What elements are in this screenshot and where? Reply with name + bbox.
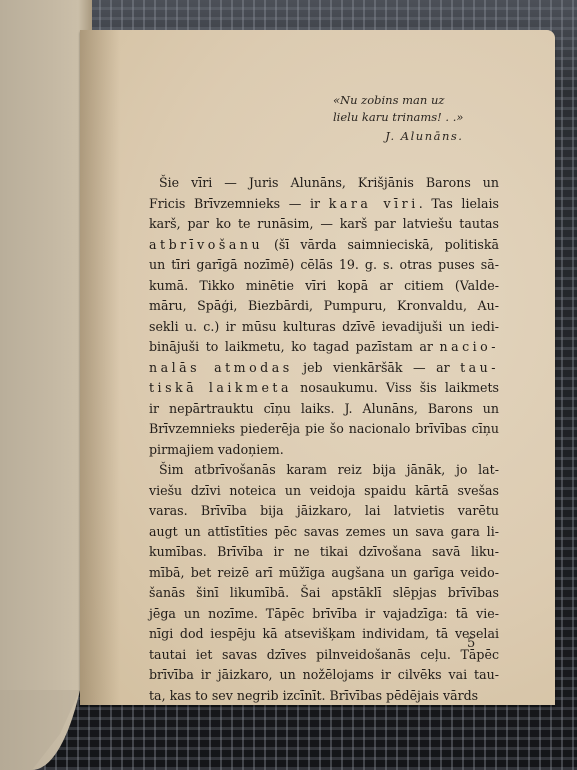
- text-line: atbrīvošanu (šī vārda saimnieciskā, poli…: [149, 235, 499, 256]
- epigraph-line-1: «Nu zobins man uz: [333, 92, 463, 109]
- text-segment: un tīri garīgā nozīmē) cēlās 19. g. s. o…: [149, 257, 499, 272]
- emphasized-text: kara vīri: [329, 196, 419, 211]
- text-line: Fricis Brīvzemnieks — ir kara vīri. Tas …: [149, 194, 499, 215]
- text-segment: nīgi dod iespēju kā atsevišķam individam…: [149, 626, 499, 641]
- text-segment: nosaukumu. Viss šis laikmets: [292, 380, 499, 395]
- text-segment: pirmajiem vadoņiem.: [149, 442, 284, 457]
- text-line: tautai iet savas dzīves pilnveidošanās c…: [149, 645, 499, 666]
- text-segment: Šim atbrīvošanās karam reiz bija jānāk, …: [159, 462, 499, 477]
- paragraph-2: Šim atbrīvošanās karam reiz bija jānāk, …: [149, 460, 499, 706]
- text-segment: ta, kas to sev negrib izcīnīt. Brīvības …: [149, 688, 478, 703]
- text-segment: viešu dzīvi noteica un veidoja spaidu kā…: [149, 483, 499, 498]
- text-line: šanās šinī likumībā. Šai apstāklī slēpja…: [149, 583, 499, 604]
- emphasized-text: nacio-: [439, 339, 499, 354]
- text-segment: karš, par ko te runāsim, — karš par latv…: [149, 216, 499, 231]
- text-segment: Šie vīri — Juris Alunāns, Krišjānis Baro…: [159, 175, 499, 190]
- text-segment: māru, Spāģi, Biezbārdi, Pumpuru, Kronval…: [149, 298, 499, 313]
- text-segment: Fricis Brīvzemnieks — ir: [149, 196, 329, 211]
- text-line: jēga un nozīme. Tāpēc brīvība ir vajadzī…: [149, 604, 499, 625]
- emphasized-text: atbrīvošanu: [149, 237, 263, 252]
- emphasized-text: tiskā laikmeta: [149, 380, 292, 395]
- text-segment: jēga un nozīme. Tāpēc brīvība ir vajadzī…: [149, 606, 499, 621]
- text-line: augt un attīstīties pēc savas zemes un s…: [149, 522, 499, 543]
- epigraph-author: J. Alunāns.: [333, 128, 463, 145]
- text-segment: augt un attīstīties pēc savas zemes un s…: [149, 524, 499, 539]
- text-line: ta, kas to sev negrib izcīnīt. Brīvības …: [149, 686, 499, 707]
- text-line: binājuši to laikmetu, ko tagad pazīstam …: [149, 337, 499, 358]
- left-page-verso: [0, 0, 92, 770]
- text-segment: varas. Brīvība bija jāizkaro, lai latvie…: [149, 503, 499, 518]
- emphasized-text: tau-: [460, 360, 499, 375]
- page-number: 5: [467, 636, 475, 651]
- text-line: tiskā laikmeta nosaukumu. Viss šis laikm…: [149, 378, 499, 399]
- text-line: kumības. Brīvība ir ne tikai dzīvošana s…: [149, 542, 499, 563]
- text-line: sekli u. c.) ir mūsu kulturas dzīvē ieva…: [149, 317, 499, 338]
- text-line: māru, Spāģi, Biezbārdi, Pumpuru, Kronval…: [149, 296, 499, 317]
- gutter-shadow: [80, 30, 120, 705]
- text-line: kumā. Tikko minētie vīri kopā ar citiem …: [149, 276, 499, 297]
- text-line: Šie vīri — Juris Alunāns, Krišjānis Baro…: [149, 173, 499, 194]
- text-segment: ir nepārtrauktu cīņu laiks. J. Alunāns, …: [149, 401, 499, 416]
- text-segment: Brīvzemnieks piederēja pie šo nacionalo …: [149, 421, 499, 436]
- epigraph: «Nu zobins man uz lielu karu trinams! . …: [333, 92, 463, 145]
- text-line: karš, par ko te runāsim, — karš par latv…: [149, 214, 499, 235]
- text-line: varas. Brīvība bija jāizkaro, lai latvie…: [149, 501, 499, 522]
- text-line: ir nepārtrauktu cīņu laiks. J. Alunāns, …: [149, 399, 499, 420]
- text-line: un tīri garīgā nozīmē) cēlās 19. g. s. o…: [149, 255, 499, 276]
- text-line: viešu dzīvi noteica un veidoja spaidu kā…: [149, 481, 499, 502]
- text-segment: sekli u. c.) ir mūsu kulturas dzīvē ieva…: [149, 319, 499, 334]
- text-line: pirmajiem vadoņiem.: [149, 440, 499, 461]
- text-segment: binājuši to laikmetu, ko tagad pazīstam …: [149, 339, 439, 354]
- epigraph-line-2: lielu karu trinams! . .»: [333, 109, 463, 126]
- text-segment: tautai iet savas dzīves pilnveidošanās c…: [149, 647, 499, 662]
- text-line: Brīvzemnieks piederēja pie šo nacionalo …: [149, 419, 499, 440]
- text-line: mībā, bet reizē arī mūžīga augšana un ga…: [149, 563, 499, 584]
- text-segment: . Tas lielais: [419, 196, 499, 211]
- text-segment: brīvība ir jāizkaro, un nožēlojams ir ci…: [149, 667, 499, 682]
- emphasized-text: nalās atmodas: [149, 360, 293, 375]
- text-line: nalās atmodas jeb vienkāršāk — ar tau-: [149, 358, 499, 379]
- text-segment: kumā. Tikko minētie vīri kopā ar citiem …: [149, 278, 499, 293]
- body-text: Šie vīri — Juris Alunāns, Krišjānis Baro…: [149, 173, 499, 706]
- text-segment: kumības. Brīvība ir ne tikai dzīvošana s…: [149, 544, 499, 559]
- text-line: brīvība ir jāizkaro, un nožēlojams ir ci…: [149, 665, 499, 686]
- text-segment: šanās šinī likumībā. Šai apstāklī slēpja…: [149, 585, 499, 600]
- text-segment: jeb vienkāršāk — ar: [293, 360, 460, 375]
- text-line: Šim atbrīvošanās karam reiz bija jānāk, …: [149, 460, 499, 481]
- paragraph-1: Šie vīri — Juris Alunāns, Krišjānis Baro…: [149, 173, 499, 460]
- text-segment: (šī vārda saimnieciskā, politiskā: [263, 237, 499, 252]
- text-segment: mībā, bet reizē arī mūžīga augšana un ga…: [149, 565, 499, 580]
- text-line: nīgi dod iespēju kā atsevišķam individam…: [149, 624, 499, 645]
